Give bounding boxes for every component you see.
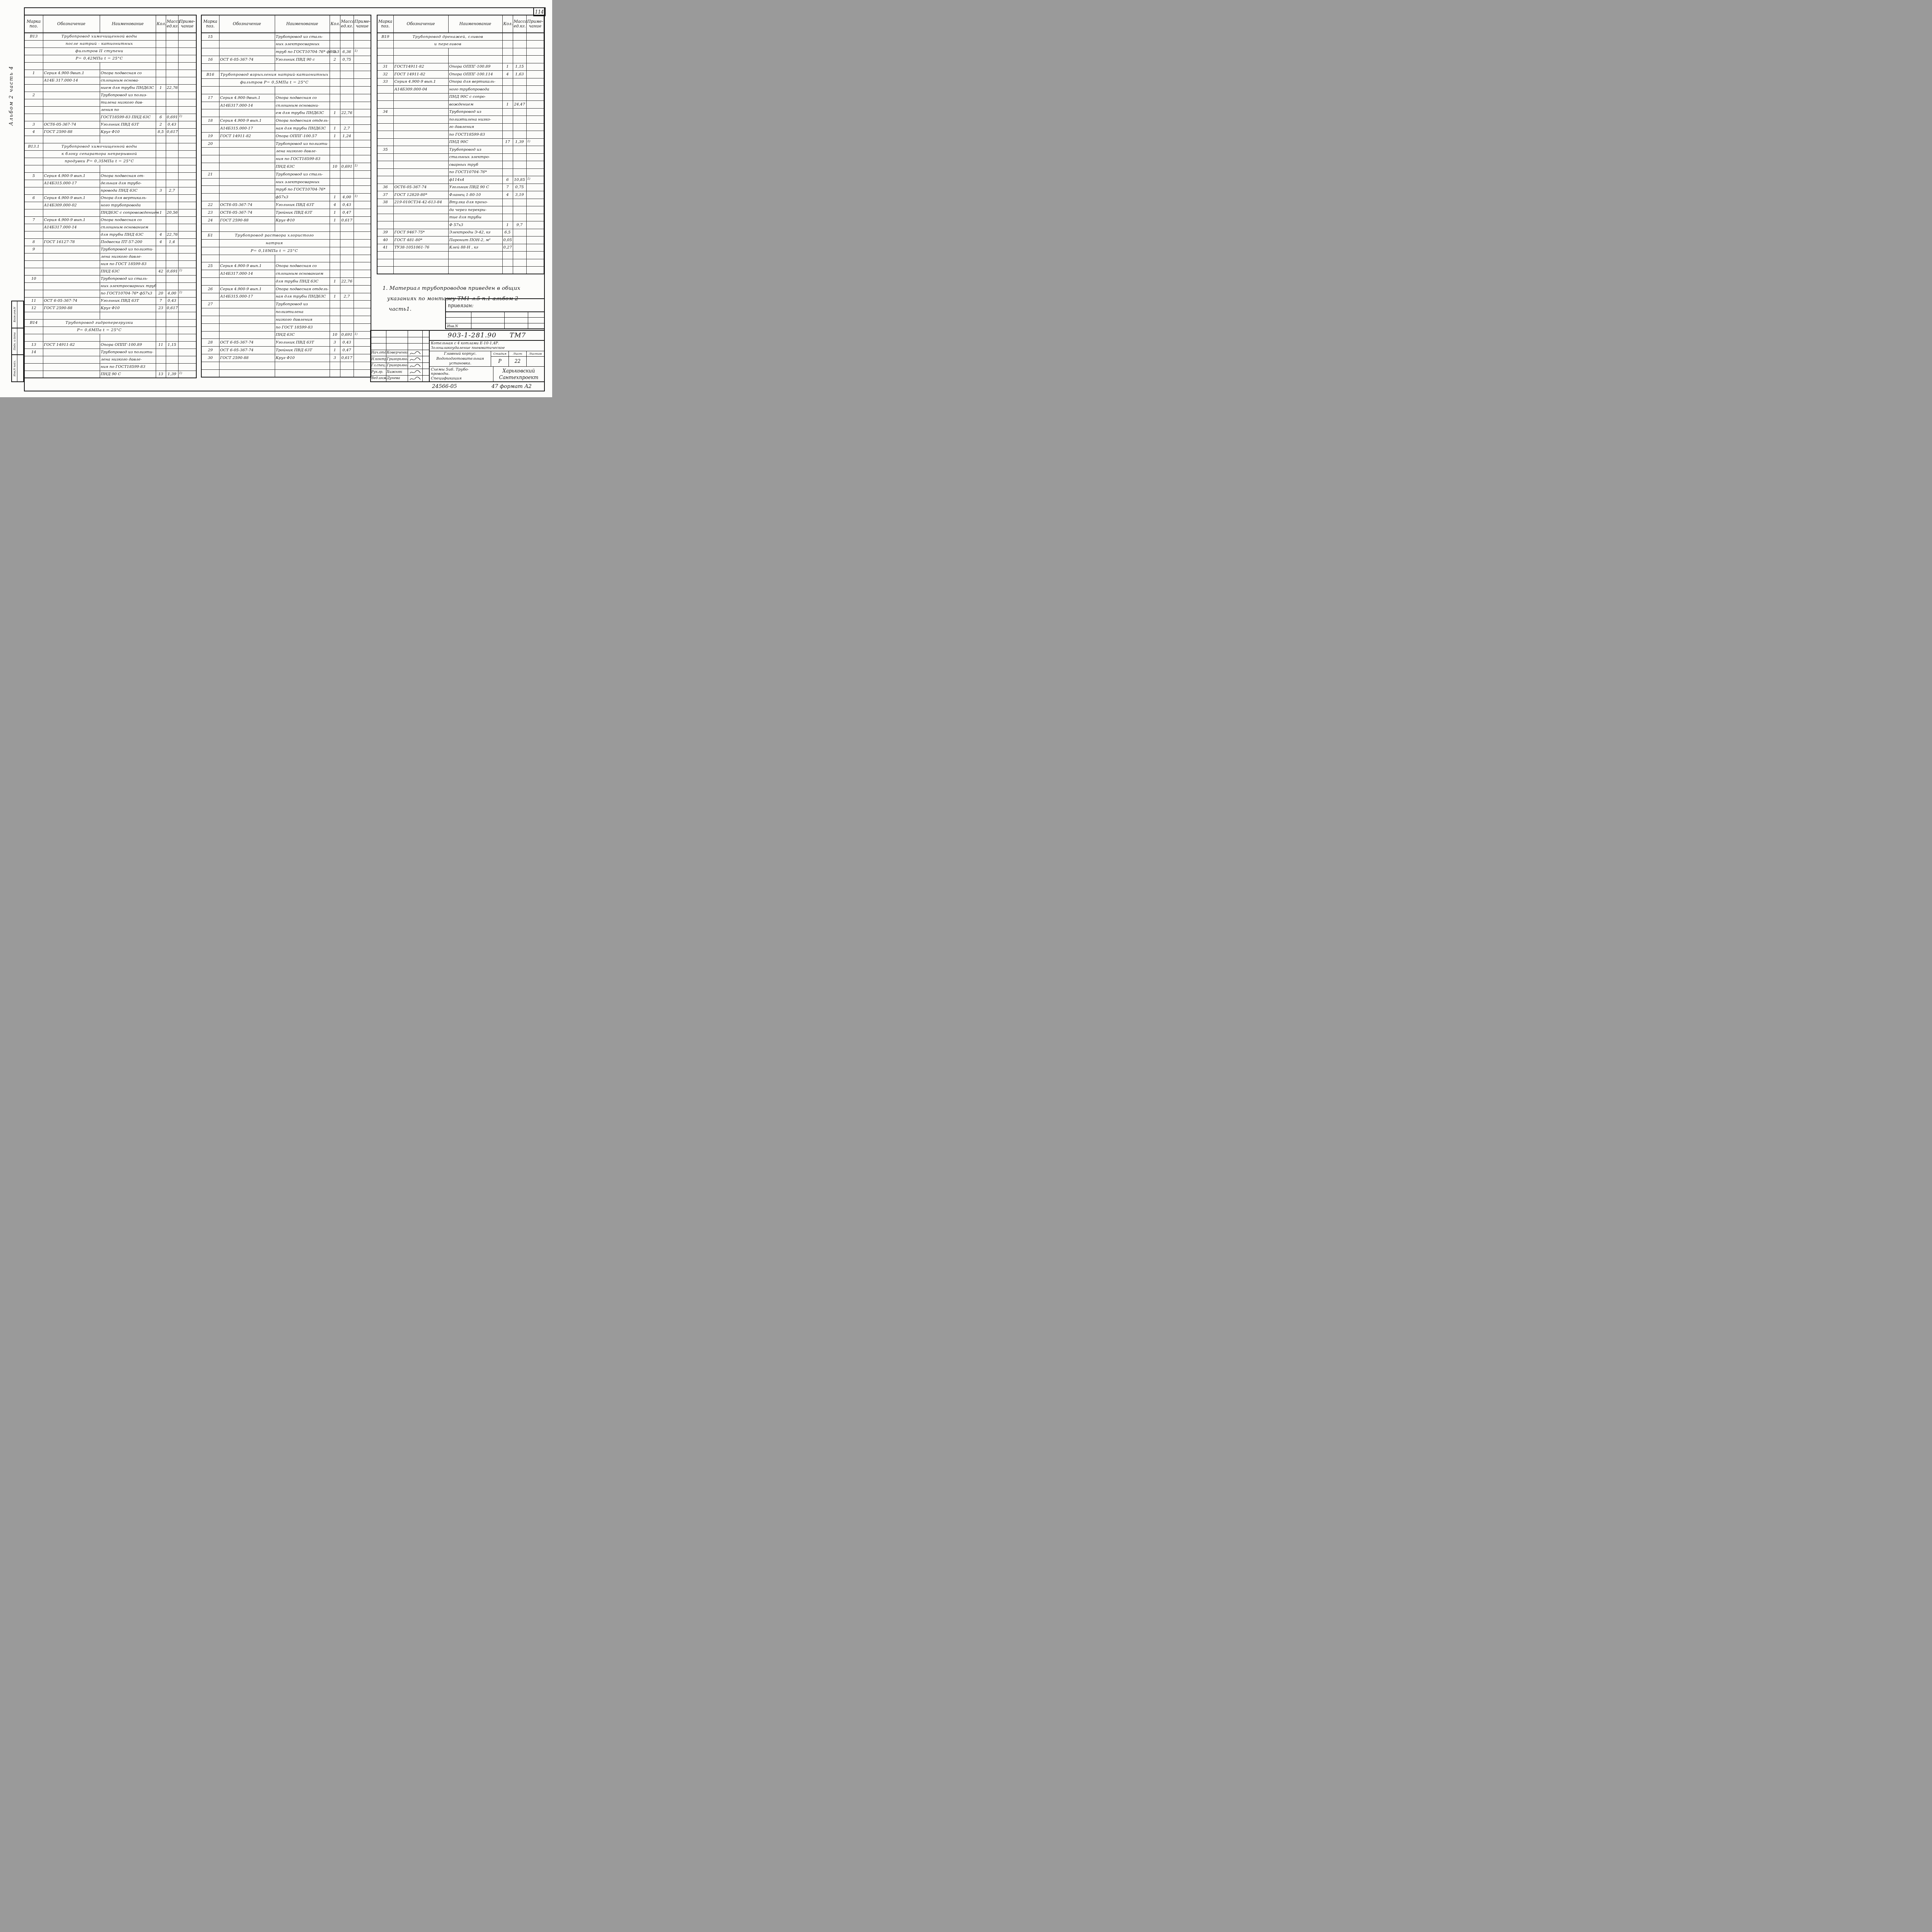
spec-cell: [502, 267, 513, 274]
spec-cell: для трубы ПНД 63С: [100, 231, 156, 238]
spec-cell: [340, 240, 354, 247]
spec-cell: [178, 224, 196, 231]
spec-cell: А14Б317.000-14: [219, 270, 275, 278]
spec-cell: [526, 184, 544, 191]
spec-cell: [330, 140, 340, 148]
spec-cell: [526, 71, 544, 78]
table-row: В14Трубопровод гидроперегрузки: [24, 319, 196, 327]
binding-cell: [471, 318, 505, 323]
spec-cell: [330, 79, 340, 87]
stamp-box: [17, 355, 23, 381]
spec-cell: [219, 48, 275, 56]
spec-cell: 28: [201, 339, 219, 347]
spec-cell: 3: [330, 354, 340, 362]
spec-cell: [178, 136, 196, 143]
spec-cell: 41: [377, 244, 393, 252]
spec-cell: [43, 99, 100, 106]
spec-cell: [166, 334, 178, 341]
header-note: Приме-чание: [178, 15, 196, 33]
spec-cell: [526, 236, 544, 244]
spec-cell: ф57х3: [275, 194, 330, 201]
spec-cell: [330, 94, 340, 102]
spec-cell: 29: [201, 347, 219, 354]
spec-cell: Опора для вертикаль-: [448, 78, 502, 86]
spec-cell: 4: [156, 231, 166, 238]
spec-cell: 11: [24, 297, 43, 304]
spec-cell: 1: [330, 194, 340, 201]
spec-cell: [178, 312, 196, 319]
spec-cell: 1): [178, 114, 196, 121]
spec-cell: [502, 146, 513, 154]
spec-cell: [156, 99, 166, 106]
empty-cell: [386, 337, 408, 344]
spec-cell: 0,691: [166, 114, 178, 121]
table-row: А14Б317.000-14сплошным основанием: [24, 224, 196, 231]
spec-cell: [201, 323, 219, 331]
spec-cell: [201, 125, 219, 133]
signature-row: Вед.инж.Дунева: [371, 376, 429, 382]
table-row: 20Трубопровод из полиэти-: [201, 140, 371, 148]
spec-cell: [219, 308, 275, 316]
spec-cell: Фланец 1-80-10: [448, 191, 502, 199]
spec-cell: [156, 48, 166, 55]
spec-cell: 9,7: [513, 221, 526, 229]
spec-cell: [219, 316, 275, 323]
header-name: Наименование: [448, 15, 502, 33]
spec-cell: 1): [178, 371, 196, 378]
spec-cell: [513, 41, 526, 48]
table-row: Р= 0,42МПа t = 25°С: [24, 55, 196, 62]
table-row: В13Трубопровод химочищенной воды: [24, 33, 196, 40]
spec-cell: [330, 41, 340, 48]
spec-cell: [43, 231, 100, 238]
spec-cell: продувки Р= 0,35МПа t = 25°С: [43, 158, 156, 165]
spec-cell: [166, 260, 178, 268]
spec-cell: [201, 224, 219, 232]
spec-cell: [393, 252, 448, 259]
spec-cell: Опора подвесная со: [100, 216, 156, 224]
spec-cell: ГОСТ 2590-88: [43, 128, 100, 136]
spec-cell: [219, 194, 275, 201]
table-row: А14Б317.000-14сплошным основанием: [201, 270, 371, 278]
spec-cell: Круг Ф10: [275, 216, 330, 224]
spec-cell: ем для трубы ПНД63С: [275, 109, 330, 117]
spec-cell: 34: [377, 108, 393, 116]
spec-cell: сплошным основанием: [100, 224, 156, 231]
stamp-box: [17, 301, 23, 328]
spec-cell: [340, 94, 354, 102]
spec-cell: [166, 202, 178, 209]
table-row: лена низкого давле-: [24, 253, 196, 260]
table-row: 33Серия 4.900-9 вып.1Опора для вертикаль…: [377, 78, 544, 86]
object-line: установка.: [430, 361, 491, 366]
spec-cell: [219, 41, 275, 48]
table-row: лена низкого давле-: [24, 356, 196, 363]
signature-row: Гл.спец.Григорьянц: [371, 363, 429, 369]
spec-cell: 32: [377, 71, 393, 78]
spec-cell: 3,19: [513, 191, 526, 199]
spec-cell: 25: [201, 262, 219, 270]
spec-cell: [156, 194, 166, 202]
table-row: сварных труб: [377, 161, 544, 169]
spec-cell: Угольник ПВД 90 с: [275, 56, 330, 63]
spec-cell: [43, 312, 100, 319]
spec-cell: [43, 268, 100, 275]
spec-cell: [178, 143, 196, 150]
inventory-number-label: Инв.N: [446, 323, 471, 328]
spec-cell: [448, 48, 502, 56]
spec-cell: 219-010СТ34-42-613-84: [393, 199, 448, 206]
spec-cell: 7: [156, 297, 166, 304]
spec-cell: [156, 246, 166, 253]
spec-cell: ния по ГОСТ 18599-83: [100, 260, 156, 268]
spec-cell: [526, 199, 544, 206]
spec-cell: 10: [330, 163, 340, 171]
spec-cell: [393, 131, 448, 139]
spec-cell: 22,76: [166, 84, 178, 92]
spec-cell: [340, 41, 354, 48]
spec-cell: [330, 33, 340, 41]
spec-cell: 1: [330, 109, 340, 117]
table-row: и переливов: [377, 41, 544, 48]
spec-cell: [275, 63, 330, 71]
signature-date-cell: [423, 363, 429, 369]
spec-cell: [502, 214, 513, 221]
spec-cell: 4: [502, 71, 513, 78]
table-row: ления по: [24, 106, 196, 114]
spec-cell: [513, 214, 526, 221]
header-note: Приме-чание: [526, 15, 544, 33]
spec-cell: [178, 297, 196, 304]
spec-cell: [43, 371, 100, 378]
spec-cell: [393, 259, 448, 267]
spec-cell: [166, 319, 178, 327]
spec-cell: 1: [330, 209, 340, 216]
spec-cell: Угольник ПВД 90 С: [448, 184, 502, 191]
spec-cell: [219, 109, 275, 117]
spec-cell: [393, 138, 448, 146]
spec-cell: 1): [526, 176, 544, 184]
spec-cell: [24, 290, 43, 297]
spec-cell: [219, 369, 275, 377]
spec-cell: Серия 4.900-9 вып.1: [219, 285, 275, 293]
spec-cell: 1,63: [513, 71, 526, 78]
table-row: В16Трубопровод взрыхления натрий-катиони…: [201, 71, 371, 79]
spec-cell: [354, 347, 371, 354]
spec-cell: [377, 214, 393, 221]
spec-cell: 0,617: [340, 354, 354, 362]
spec-cell: [377, 161, 393, 169]
spec-cell: [502, 86, 513, 94]
table-row: ПНД 63С100,6911): [201, 163, 371, 171]
spec-cell: [166, 180, 178, 187]
table-row: А14Б309.000-04ного трубопровода: [377, 86, 544, 94]
content-line: Схемы 5и6. Трубо-: [431, 367, 492, 372]
header-mass: Массаед.кг.: [513, 15, 526, 33]
spec-cell: ГОСТ 2590-88: [219, 354, 275, 362]
table-row: 4ГОСТ 2590-88Круг Ф108,50,617: [24, 128, 196, 136]
spec-cell: [178, 202, 196, 209]
table-row: тилена низкого дав-: [24, 99, 196, 106]
spec-cell: и переливов: [393, 41, 502, 48]
spec-cell: [219, 278, 275, 286]
table-row: А14Б315.000-17ная для трубы ПНД63С12,7: [201, 125, 371, 133]
spec-cell: [43, 260, 100, 268]
spec-cell: [330, 308, 340, 316]
table-row: Р= 0,6МПа t = 25°С: [24, 327, 196, 334]
table-row: 7Серия 4.900-9 вып.1Опора подвесная со: [24, 216, 196, 224]
spec-cell: [354, 155, 371, 163]
spec-cell: [502, 116, 513, 124]
spec-cell: по ГОСТ18599-83: [448, 131, 502, 139]
spec-cell: [354, 232, 371, 240]
spec-cell: [219, 331, 275, 339]
table-row: 9Трубопровод из полиэти-: [24, 246, 196, 253]
spec-cell: [24, 136, 43, 143]
spec-cell: [330, 87, 340, 94]
spec-cell: ния по ГОСТ18599-83: [275, 155, 330, 163]
sheets-label: Листов: [527, 351, 544, 356]
header-qty: Кол.: [156, 15, 166, 33]
spec-cell: [330, 71, 340, 79]
table-row: 19ГОСТ 14911-82Опора ОППГ-100.5711,24: [201, 132, 371, 140]
spec-cell: [166, 99, 178, 106]
spec-cell: [100, 312, 156, 319]
table-row: 18Серия 4.900-9 вып.1Опора подвесная отд…: [201, 117, 371, 125]
spec-cell: [43, 282, 100, 290]
table-row: нием для трубы ПНД63С122,76: [24, 84, 196, 92]
spec-cell: [275, 362, 330, 369]
spec-cell: [178, 260, 196, 268]
spec-cell: [502, 252, 513, 259]
spec-cell: 8,5: [156, 128, 166, 136]
spec-cell: [393, 123, 448, 131]
spec-cell: [178, 128, 196, 136]
spec-cell: [219, 362, 275, 369]
spec-cell: [513, 131, 526, 139]
spec-cell: [354, 240, 371, 247]
footnote-mark: 1): [179, 269, 182, 272]
spec-cell: [513, 48, 526, 56]
signature-date-cell: [423, 356, 429, 362]
spec-cell: ф114х4: [448, 176, 502, 184]
table-row: по ГОСТ 18599-83: [201, 323, 371, 331]
table-row: 36ОСТ6-05-367-74Угольник ПВД 90 С70,75: [377, 184, 544, 191]
empty-cell: [408, 344, 423, 350]
table-row: по ГОСТ18599-83: [377, 131, 544, 139]
spec-cell: 2: [156, 121, 166, 128]
spec-cell: [201, 178, 219, 186]
spec-cell: [178, 92, 196, 99]
spec-cell: 6,5: [502, 229, 513, 236]
spec-cell: [24, 48, 43, 55]
signature-icon: [408, 356, 423, 362]
table-row: 12ГОСТ 2590-88Круг Ф10230,617: [24, 304, 196, 312]
spec-cell: 2,7: [166, 187, 178, 194]
spec-cell: Серия 4.900-9 вып.1: [219, 262, 275, 270]
table-row: 21Трубопровод из сталь-: [201, 170, 371, 178]
document-number: 903-1-281.90: [448, 332, 497, 339]
spec-cell: [340, 270, 354, 278]
spec-cell: ПНД 90С: [448, 138, 502, 146]
spec-cell: [513, 236, 526, 244]
spec-cell: [393, 101, 448, 109]
spec-cell: [166, 106, 178, 114]
header-note: Приме-чание: [354, 15, 371, 33]
spec-cell: Угольник ПВД 63Т: [100, 121, 156, 128]
spec-cell: [219, 140, 275, 148]
spec-cell: [166, 158, 178, 165]
spec-cell: 31: [377, 63, 393, 71]
spec-cell: А14Б315.000-17: [219, 125, 275, 133]
spec-cell: стальных электро-: [448, 153, 502, 161]
spec-cell: [526, 108, 544, 116]
spec-cell: [24, 363, 43, 371]
spec-cell: [166, 55, 178, 62]
spec-cell: 35: [377, 146, 393, 154]
spec-cell: [354, 209, 371, 216]
spec-cell: [201, 163, 219, 171]
spec-cell: 1,39: [166, 371, 178, 378]
header-name: Наименование: [100, 15, 156, 33]
spec-cell: [513, 199, 526, 206]
spec-cell: [178, 334, 196, 341]
spec-cell: [502, 259, 513, 267]
table-row: натрия: [201, 240, 371, 247]
spec-cell: 1: [24, 70, 43, 77]
spec-cell: 23: [201, 209, 219, 216]
table-row: 38219-010СТ34-42-613-84Втулка для прохо-: [377, 199, 544, 206]
spec-cell: [526, 101, 544, 109]
spec-cell: [377, 123, 393, 131]
table-row: 10Трубопровод из сталь-: [24, 275, 196, 282]
spec-cell: [330, 262, 340, 270]
table-row: стальных электро-: [377, 153, 544, 161]
spec-cell: 8: [24, 238, 43, 246]
spec-cell: [43, 356, 100, 363]
spec-cell: [377, 48, 393, 56]
spec-cell: Опора ОППГ-100.89: [448, 63, 502, 71]
spec-cell: [24, 180, 43, 187]
spec-cell: [166, 194, 178, 202]
table-row: 35Трубопровод из: [377, 146, 544, 154]
table-row: ния по ГОСТ18599-83: [24, 363, 196, 371]
table-row: [24, 334, 196, 341]
table-row: [201, 369, 371, 377]
spec-cell: 33: [377, 78, 393, 86]
spec-cell: [340, 33, 354, 41]
spec-cell: [178, 187, 196, 194]
spec-cell: [219, 301, 275, 308]
spec-cell: Трубопровод из полиэ-: [100, 92, 156, 99]
signature-date-cell: [423, 350, 429, 356]
spec-cell: [526, 206, 544, 214]
spec-cell: [166, 92, 178, 99]
header-designation: Обозначение: [219, 15, 275, 33]
spec-cell: [526, 63, 544, 71]
spec-cell: [178, 194, 196, 202]
stamp-label: Инв.N подл.: [12, 355, 17, 381]
spec-cell: [448, 56, 502, 63]
spec-cell: ТУ38-1051061-76: [393, 244, 448, 252]
signature-row: Рук.гр.Хижняк: [371, 369, 429, 376]
spec-cell: ГОСТ18599-83 ПНД 63С: [100, 114, 156, 121]
spec-cell: [178, 327, 196, 334]
spec-cell: 1): [526, 138, 544, 146]
spec-cell: [156, 143, 166, 150]
spec-cell: [354, 186, 371, 194]
spec-cell: [201, 293, 219, 301]
project-title-line2: Золошлакоудаление пневматическое: [431, 346, 543, 350]
spec-cell: [377, 41, 393, 48]
table-row: 41ТУ38-1051061-76Клей 88-Н , кг0,27: [377, 244, 544, 252]
spec-cell: [219, 170, 275, 178]
table-row: труб по ГОСТ10704-76*: [201, 186, 371, 194]
stage-value: Р: [491, 357, 509, 366]
spec-cell: 22,76: [340, 278, 354, 286]
spec-cell: Круг Ф10: [100, 128, 156, 136]
spec-cell: [166, 33, 178, 40]
spec-cell: [354, 278, 371, 286]
spec-cell: [156, 158, 166, 165]
spec-cell: [340, 316, 354, 323]
spec-cell: Подвеска ПТ-57-200: [100, 238, 156, 246]
spec-cell: Серия 4.900-9 вып.1: [393, 78, 448, 86]
spec-cell: [330, 63, 340, 71]
spec-cell: [354, 308, 371, 316]
spec-cell: ПНД63С с сопровождением: [100, 209, 156, 216]
spec-cell: [393, 176, 448, 184]
spec-cell: [393, 168, 448, 176]
spec-cell: Клей 88-Н , кг: [448, 244, 502, 252]
spec-cell: [156, 312, 166, 319]
spec-cell: [275, 87, 330, 94]
header-qty: Кол.: [502, 15, 513, 33]
table-row: 27Трубопровод из: [201, 301, 371, 308]
spec-cell: [156, 106, 166, 114]
binding-cell: [505, 318, 528, 323]
spec-cell: [513, 229, 526, 236]
spec-cell: ного трубопровода: [448, 86, 502, 94]
spec-cell: 18: [201, 117, 219, 125]
table-row: 15Трубопровод из сталь-: [201, 33, 371, 41]
spec-cell: [43, 114, 100, 121]
spec-cell: полиэтилена низко-: [448, 116, 502, 124]
content-line: Спецификация: [431, 376, 492, 381]
spec-cell: 2,7: [340, 125, 354, 133]
spec-cell: [43, 334, 100, 341]
spec-cell: [448, 252, 502, 259]
table-row: ф114х4610,851): [377, 176, 544, 184]
spec-cell: [377, 267, 393, 274]
spec-cell: А14Б315.000-17: [219, 293, 275, 301]
spec-cell: ОСТ6-05-367-74: [219, 201, 275, 209]
order-number: 24566-05: [432, 383, 457, 389]
spec-cell: [275, 255, 330, 262]
spec-cell: [393, 93, 448, 101]
spec-cell: 0,617: [340, 216, 354, 224]
spec-cell: [526, 168, 544, 176]
spec-cell: 0,47: [340, 347, 354, 354]
spec-cell: [178, 33, 196, 40]
spec-cell: [502, 199, 513, 206]
signature-name: Хижняк: [386, 369, 408, 375]
spec-cell: [513, 168, 526, 176]
spec-cell: [156, 224, 166, 231]
spec-cell: [354, 369, 371, 377]
table-row: [377, 56, 544, 63]
empty-cell: [371, 331, 386, 337]
